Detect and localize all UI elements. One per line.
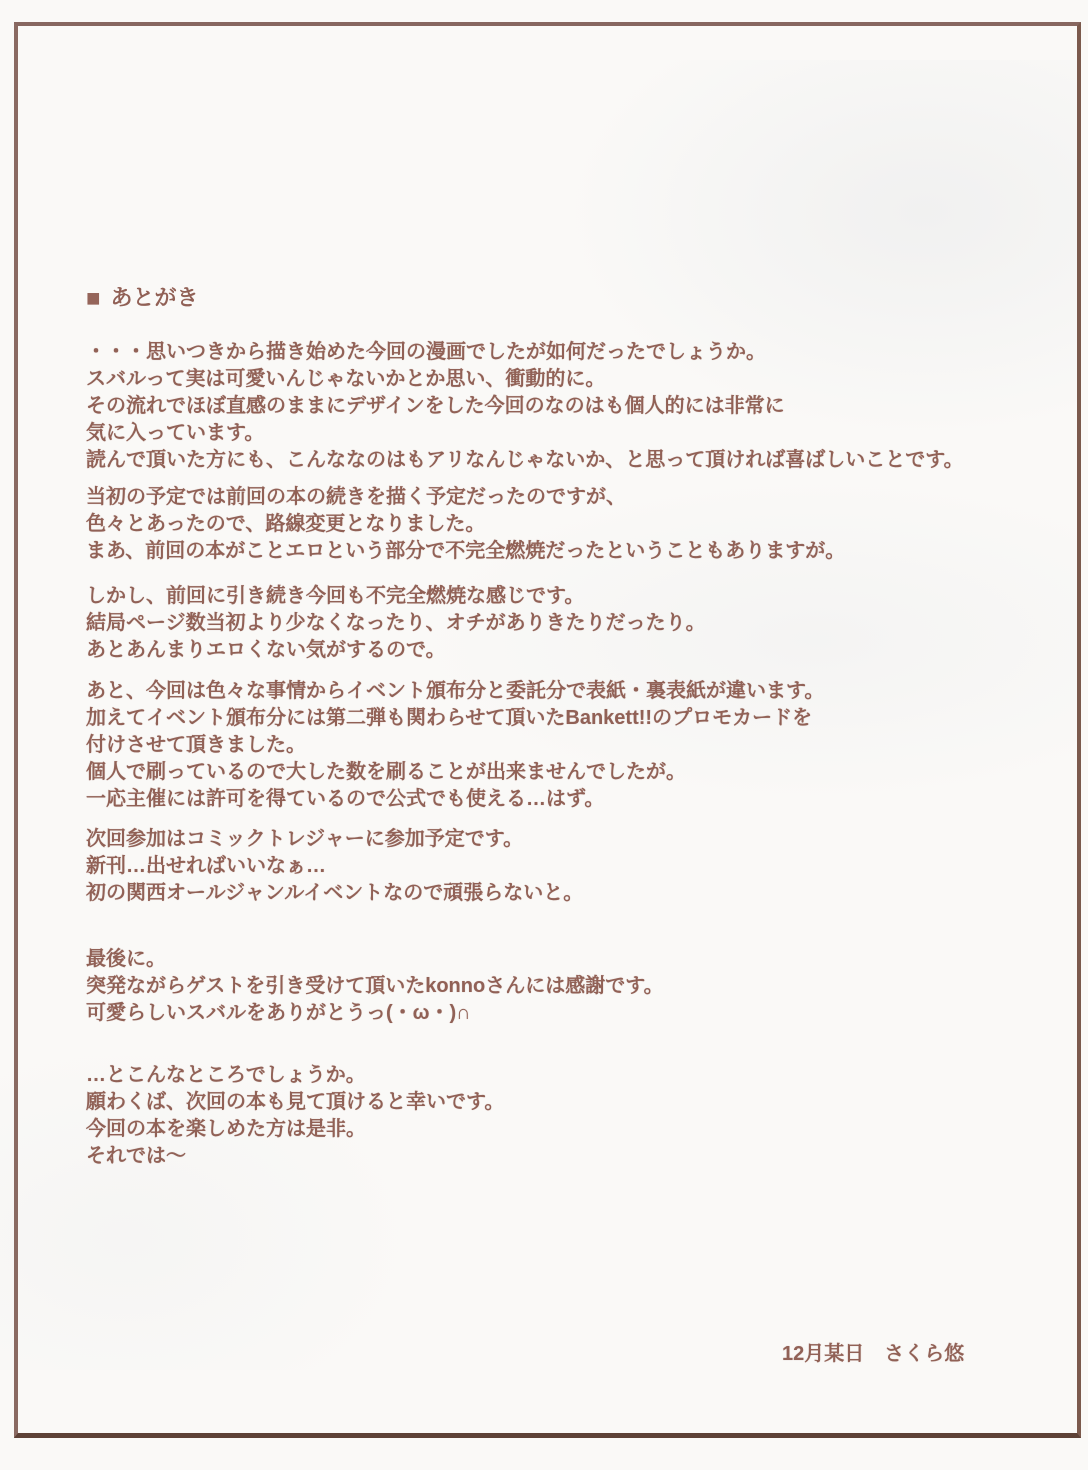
- section-heading-label: あとがき: [111, 285, 199, 310]
- author-signature: 12月某日 さくら悠: [782, 1341, 964, 1367]
- text-line: それでは～: [86, 1143, 504, 1170]
- text-line: 読んで頂いた方にも、こんななのはもアリなんじゃないか、と思って頂ければ喜ばしいこ…: [86, 447, 964, 474]
- text-line: スバルって実は可愛いんじゃないかとか思い、衝動的に。: [86, 366, 964, 393]
- text-line: 個人で刷っているので大した数を刷ることが出来ませんでしたが。: [86, 759, 824, 786]
- square-bullet-icon: ■: [86, 285, 101, 313]
- paragraph-next-event: 次回参加はコミックトレジャーに参加予定です。 新刊…出せればいいなぁ… 初の関西…: [86, 826, 583, 907]
- text-line: 結局ページ数当初より少なくなったり、オチがありきたりだったり。: [86, 610, 706, 637]
- text-line: 気に入っています。: [86, 420, 964, 447]
- text-line: その流れでほぼ直感のままにデザインをした今回のなのはも個人的には非常に: [86, 393, 964, 420]
- text-line: 色々とあったので、路線変更となりました。: [86, 511, 845, 538]
- text-line: 突発ながらゲストを引き受けて頂いたkonnoさんには感謝です。: [86, 973, 664, 1000]
- text-line: 次回参加はコミックトレジャーに参加予定です。: [86, 826, 583, 853]
- paragraph-covers-promo: あと、今回は色々な事情からイベント頒布分と委託分で表紙・裏表紙が違います。 加え…: [86, 678, 824, 813]
- text-line: あとあんまりエロくない気がするので。: [86, 637, 706, 664]
- text-line: 加えてイベント頒布分には第二弾も関わらせて頂いたBankett!!のプロモカード…: [86, 705, 824, 732]
- text-line: あと、今回は色々な事情からイベント頒布分と委託分で表紙・裏表紙が違います。: [86, 678, 824, 705]
- text-line: 最後に。: [86, 946, 664, 973]
- text-line: 初の関西オールジャンルイベントなので頑張らないと。: [86, 880, 583, 907]
- paragraph-closing: …とこんなところでしょうか。 願わくば、次回の本も見て頂けると幸いです。 今回の…: [86, 1062, 504, 1170]
- text-line: 新刊…出せればいいなぁ…: [86, 853, 583, 880]
- text-line: 当初の予定では前回の本の続きを描く予定だったのですが、: [86, 484, 845, 511]
- text-line: 可愛らしいスバルをありがとうっ(・ω・)∩: [86, 1000, 664, 1027]
- text-line: 付けさせて頂きました。: [86, 732, 824, 759]
- paragraph-plan-change: 当初の予定では前回の本の続きを描く予定だったのですが、 色々とあったので、路線変…: [86, 484, 845, 565]
- section-heading: ■あとがき: [86, 284, 199, 313]
- paragraph-intro: ・・・思いつきから描き始めた今回の漫画でしたが如何だったでしょうか。 スバルって…: [86, 339, 964, 474]
- paragraph-thanks: 最後に。 突発ながらゲストを引き受けて頂いたkonnoさんには感謝です。 可愛ら…: [86, 946, 664, 1027]
- text-line: …とこんなところでしょうか。: [86, 1062, 504, 1089]
- text-line: 願わくば、次回の本も見て頂けると幸いです。: [86, 1089, 504, 1116]
- text-line: ・・・思いつきから描き始めた今回の漫画でしたが如何だったでしょうか。: [86, 339, 964, 366]
- text-line: 一応主催には許可を得ているので公式でも使える…はず。: [86, 786, 824, 813]
- scanned-afterword-page: ■あとがき ・・・思いつきから描き始めた今回の漫画でしたが如何だったでしょうか。…: [0, 0, 1088, 1470]
- text-line: 今回の本を楽しめた方は是非。: [86, 1116, 504, 1143]
- text-line: しかし、前回に引き続き今回も不完全燃焼な感じです。: [86, 583, 706, 610]
- paragraph-reflection: しかし、前回に引き続き今回も不完全燃焼な感じです。 結局ページ数当初より少なくな…: [86, 583, 706, 664]
- text-line: まあ、前回の本がことエロという部分で不完全燃焼だったということもありますが。: [86, 538, 845, 565]
